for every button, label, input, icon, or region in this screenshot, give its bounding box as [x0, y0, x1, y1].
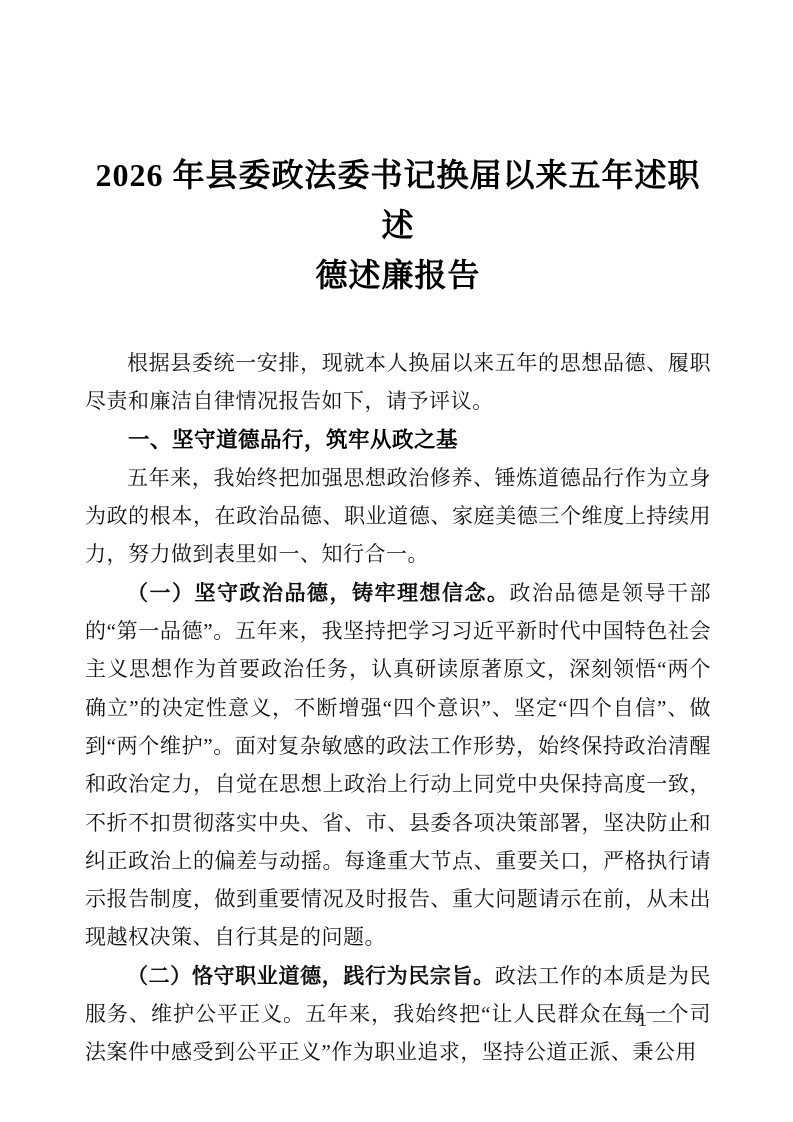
doc-title-line2: 德述廉报告 [85, 250, 711, 300]
subsection-1-lead: （一）坚守政治品德，铸牢理想信念。 [127, 581, 510, 605]
paragraph-intro: 根据县委统一安排，现就本人换届以来五年的思想品德、履职尽责和廉洁自律情况报告如下… [85, 344, 711, 421]
paragraph-overview: 五年来，我始终把加强思想政治修养、锤炼道德品行作为立身为政的根本，在政治品德、职… [85, 459, 711, 574]
document-page: 2026 年县委政法委书记换届以来五年述职述 德述廉报告 根据县委统一安排，现就… [0, 0, 793, 1122]
subsection-1-text: 政治品德是领导干部的“第一品德”。五年来，我坚持把学习习近平新时代中国特色社会主… [85, 581, 711, 950]
section-heading-1: 一、坚守道德品行，筑牢从政之基 [85, 421, 711, 459]
page-number: 1 [638, 1010, 650, 1031]
footer-dash-right: — [649, 1010, 678, 1031]
page-footer: —1— [609, 1010, 679, 1032]
paragraph-subsection-1: （一）坚守政治品德，铸牢理想信念。政治品德是领导干部的“第一品德”。五年来，我坚… [85, 574, 711, 957]
doc-title-line1: 2026 年县委政法委书记换届以来五年述职述 [85, 150, 711, 250]
subsection-2-lead: （二）恪守职业道德，践行为民宗旨。 [127, 964, 495, 988]
paragraph-intro-text: 根据县委统一安排，现就本人换届以来五年的思想品德、履职尽责和廉洁自律情况报告如下… [85, 351, 711, 413]
footer-dash-left: — [609, 1010, 638, 1031]
doc-title: 2026 年县委政法委书记换届以来五年述职述 德述廉报告 [85, 150, 711, 300]
paragraph-overview-text: 五年来，我始终把加强思想政治修养、锤炼道德品行作为立身为政的根本，在政治品德、职… [85, 466, 711, 567]
document-body: 根据县委统一安排，现就本人换届以来五年的思想品德、履职尽责和廉洁自律情况报告如下… [85, 344, 711, 1072]
